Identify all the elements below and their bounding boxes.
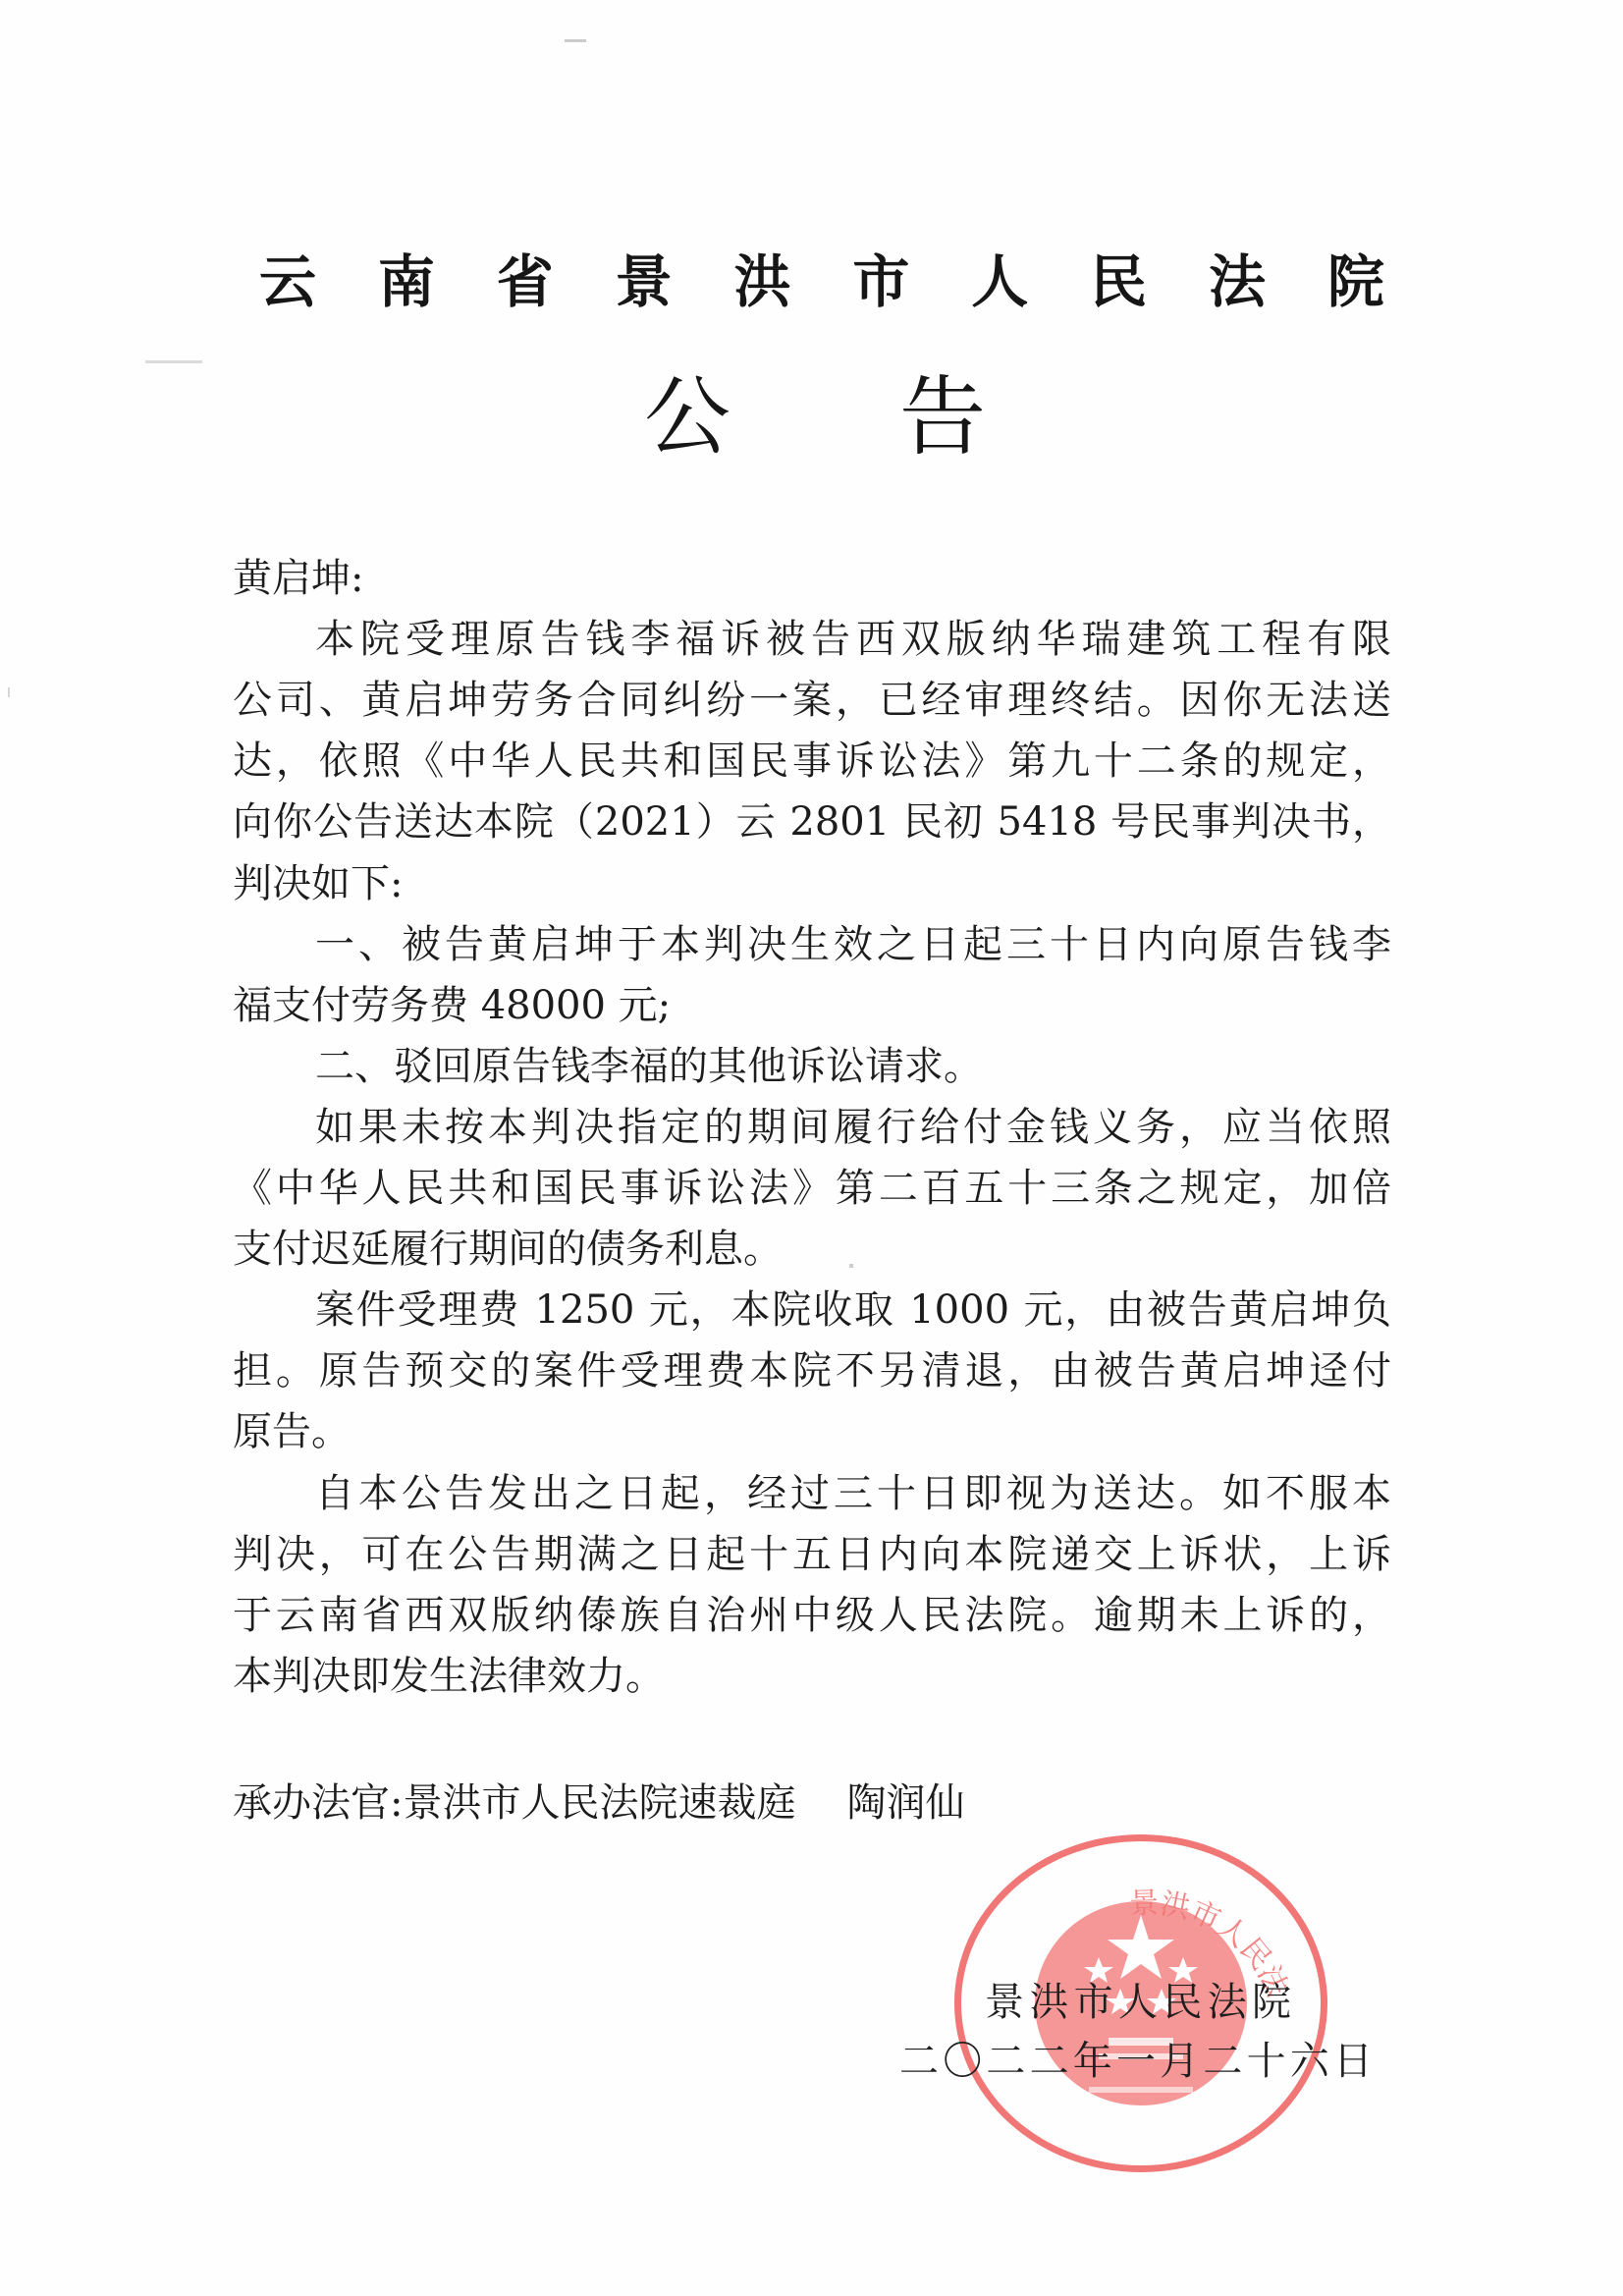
signature-label: 承办法官: <box>233 1780 403 1826</box>
title-char: 市 <box>850 247 911 316</box>
court-title: 云南省景洪市人民法院 <box>257 247 1386 316</box>
title-char: 省 <box>495 247 556 316</box>
title-char: 院 <box>1325 247 1386 316</box>
issue-date: 二〇二二年一月二十六日 <box>899 2037 1373 2086</box>
body-line: 本判决即发生法律效力。 <box>233 1654 1391 1699</box>
title-char: 法 <box>1207 247 1268 316</box>
body-line: 案件受理费 1250 元，本院收取 1000 元，由被告黄启坤负 <box>233 1287 1391 1333</box>
body-line: 自本公告发出之日起，经过三十日即视为送达。如不服本 <box>233 1471 1391 1516</box>
body-line: 二、驳回原告钱李福的其他诉讼请求。 <box>233 1044 1391 1089</box>
body-line: 原告。 <box>233 1409 1391 1454</box>
body-line: 一、被告黄启坤于本判决生效之日起三十日内向原告钱李 <box>233 922 1391 967</box>
signature-department: 景洪市人民法院速裁庭 <box>403 1780 795 1826</box>
judge-signature-line: 承办法官:景洪市人民法院速裁庭陶润仙 <box>233 1779 964 1827</box>
recipient-line: 黄启坤: <box>233 556 1391 601</box>
body-line: 如果未按本判决指定的期间履行给付金钱义务，应当依照 <box>233 1105 1391 1150</box>
body-line: 《中华人民共和国民事诉讼法》第二百五十三条之规定，加倍 <box>233 1166 1391 1211</box>
body-line: 本院受理原告钱李福诉被告西双版纳华瑞建筑工程有限 <box>233 617 1391 662</box>
notice-heading: 公告 <box>638 368 992 466</box>
body-line: 判决如下: <box>233 861 1391 906</box>
body-line: 判决，可在公告期满之日起十五日内向本院递交上诉状，上诉 <box>233 1532 1391 1577</box>
body-line: 公司、黄启坤劳务合同纠纷一案，已经审理终结。因你无法送 <box>233 678 1391 723</box>
title-char: 南 <box>376 247 437 316</box>
heading-char: 公 <box>638 368 736 466</box>
scan-speck <box>145 360 202 363</box>
body-line: 福支付劳务费 48000 元; <box>233 983 1391 1028</box>
issuing-court: 景洪市人民法院 <box>985 1978 1291 2027</box>
heading-char: 告 <box>893 368 992 466</box>
scan-speck <box>565 39 586 42</box>
body-line: 于云南省西双版纳傣族自治州中级人民法院。逾期未上诉的， <box>233 1593 1391 1638</box>
body-line: 支付迟延履行期间的债务利息。 <box>233 1227 1391 1272</box>
title-char: 民 <box>1088 247 1149 316</box>
notice-page: 云南省景洪市人民法院 公告 黄启坤: 本院受理原告钱李福诉被告西双版纳华瑞建筑工… <box>0 0 1623 2296</box>
body-line: 达，依照《中华人民共和国民事诉讼法》第九十二条的规定， <box>233 738 1391 784</box>
body-line: 向你公告送达本院（2021）云 2801 民初 5418 号民事判决书， <box>233 799 1391 845</box>
title-char: 云 <box>257 247 318 316</box>
title-char: 人 <box>969 247 1030 316</box>
title-char: 洪 <box>732 247 793 316</box>
scan-speck <box>8 687 10 697</box>
judge-name: 陶润仙 <box>846 1780 964 1826</box>
title-char: 景 <box>614 247 675 316</box>
body-line: 担。原告预交的案件受理费本院不另清退，由被告黄启坤迳付 <box>233 1348 1391 1394</box>
